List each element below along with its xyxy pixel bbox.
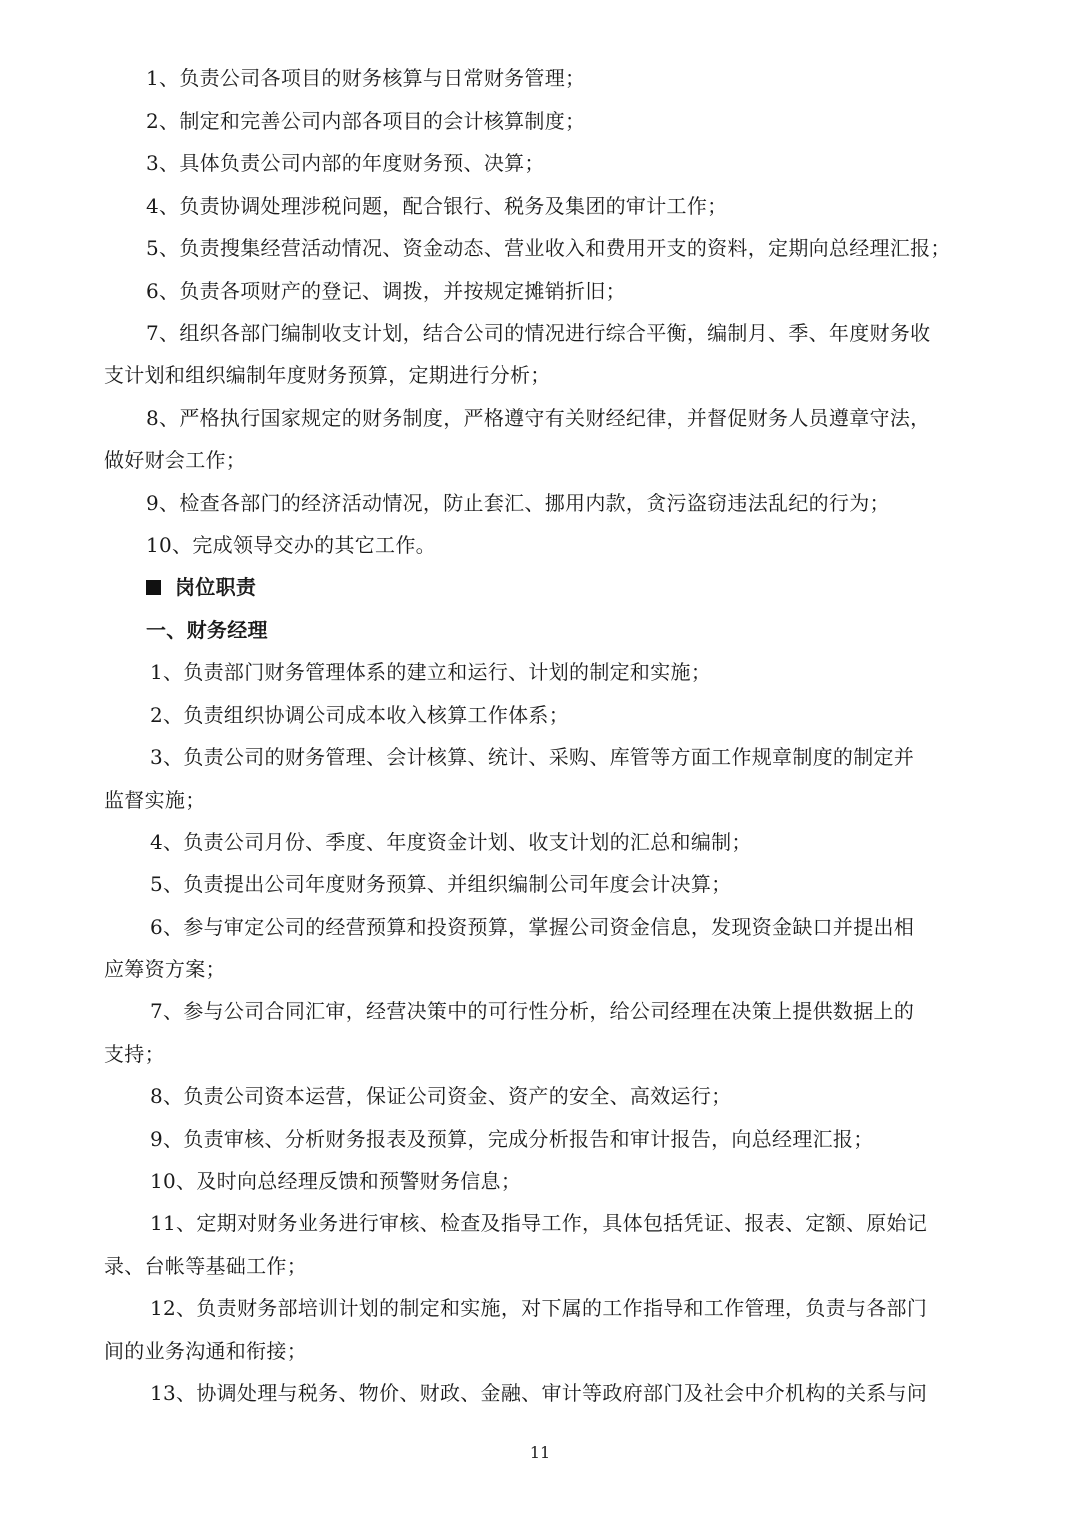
manager-duty-line: 10、及时向总经理反馈和预警财务信息； [150, 1167, 1030, 1195]
page-number: 11 [0, 1443, 1080, 1463]
manager-duty-line-continued: 间的业务沟通和衔接； [104, 1337, 984, 1365]
manager-duty-line-continued: 应筹资方案； [104, 955, 984, 983]
duty-line: 4、负责协调处理涉税问题，配合银行、税务及集团的审计工作； [146, 192, 1026, 220]
duty-line-continued: 支计划和组织编制年度财务预算，定期进行分析； [104, 361, 984, 389]
manager-duty-line: 3、负责公司的财务管理、会计核算、统计、采购、库管等方面工作规章制度的制定并 [150, 743, 1030, 771]
manager-duty-line-continued: 录、台帐等基础工作； [104, 1252, 984, 1280]
manager-duty-line: 12、负责财务部培训计划的制定和实施，对下属的工作指导和工作管理，负责与各部门 [150, 1294, 1030, 1322]
section-heading-text: 岗位职责 [175, 575, 256, 599]
duty-line: 1、负责公司各项目的财务核算与日常财务管理； [146, 64, 1026, 92]
document-page: 1、负责公司各项目的财务核算与日常财务管理； 2、制定和完善公司内部各项目的会计… [0, 0, 1080, 1527]
manager-duty-line: 13、协调处理与税务、物价、财政、金融、审计等政府部门及社会中介机构的关系与问 [150, 1379, 1030, 1407]
duty-line: 2、制定和完善公司内部各项目的会计核算制度； [146, 107, 1026, 135]
duty-line: 9、检查各部门的经济活动情况，防止套汇、挪用内款，贪污盗窃违法乱纪的行为； [146, 489, 1026, 517]
subsection-heading: 一、财务经理 [146, 616, 1026, 644]
manager-duty-line: 9、负责审核、分析财务报表及预算，完成分析报告和审计报告，向总经理汇报； [150, 1125, 1030, 1153]
duty-line: 3、具体负责公司内部的年度财务预、决算； [146, 149, 1026, 177]
manager-duty-line: 4、负责公司月份、季度、年度资金计划、收支计划的汇总和编制； [150, 828, 1030, 856]
section-heading: 岗位职责 [146, 573, 1026, 601]
manager-duty-line: 8、负责公司资本运营，保证公司资金、资产的安全、高效运行； [150, 1082, 1030, 1110]
manager-duty-line-continued: 支持； [104, 1040, 984, 1068]
manager-duty-line: 2、负责组织协调公司成本收入核算工作体系； [150, 701, 1030, 729]
manager-duty-line-continued: 监督实施； [104, 786, 984, 814]
manager-duty-line: 6、参与审定公司的经营预算和投资预算，掌握公司资金信息，发现资金缺口并提出相 [150, 913, 1030, 941]
manager-duty-line: 11、定期对财务业务进行审核、检查及指导工作，具体包括凭证、报表、定额、原始记 [150, 1209, 1030, 1237]
duty-line: 5、负责搜集经营活动情况、资金动态、营业收入和费用开支的资料，定期向总经理汇报； [146, 234, 1026, 262]
square-bullet-icon [146, 580, 161, 595]
manager-duty-line: 5、负责提出公司年度财务预算、并组织编制公司年度会计决算； [150, 870, 1030, 898]
manager-duty-line: 7、参与公司合同汇审，经营决策中的可行性分析，给公司经理在决策上提供数据上的 [150, 997, 1030, 1025]
duty-line: 10、完成领导交办的其它工作。 [146, 531, 1026, 559]
duty-line: 8、严格执行国家规定的财务制度，严格遵守有关财经纪律，并督促财务人员遵章守法， [146, 404, 1026, 432]
duty-line: 6、负责各项财产的登记、调拨，并按规定摊销折旧； [146, 277, 1026, 305]
duty-line: 7、组织各部门编制收支计划，结合公司的情况进行综合平衡，编制月、季、年度财务收 [146, 319, 1026, 347]
manager-duty-line: 1、负责部门财务管理体系的建立和运行、计划的制定和实施； [150, 658, 1030, 686]
duty-line-continued: 做好财会工作； [104, 446, 984, 474]
